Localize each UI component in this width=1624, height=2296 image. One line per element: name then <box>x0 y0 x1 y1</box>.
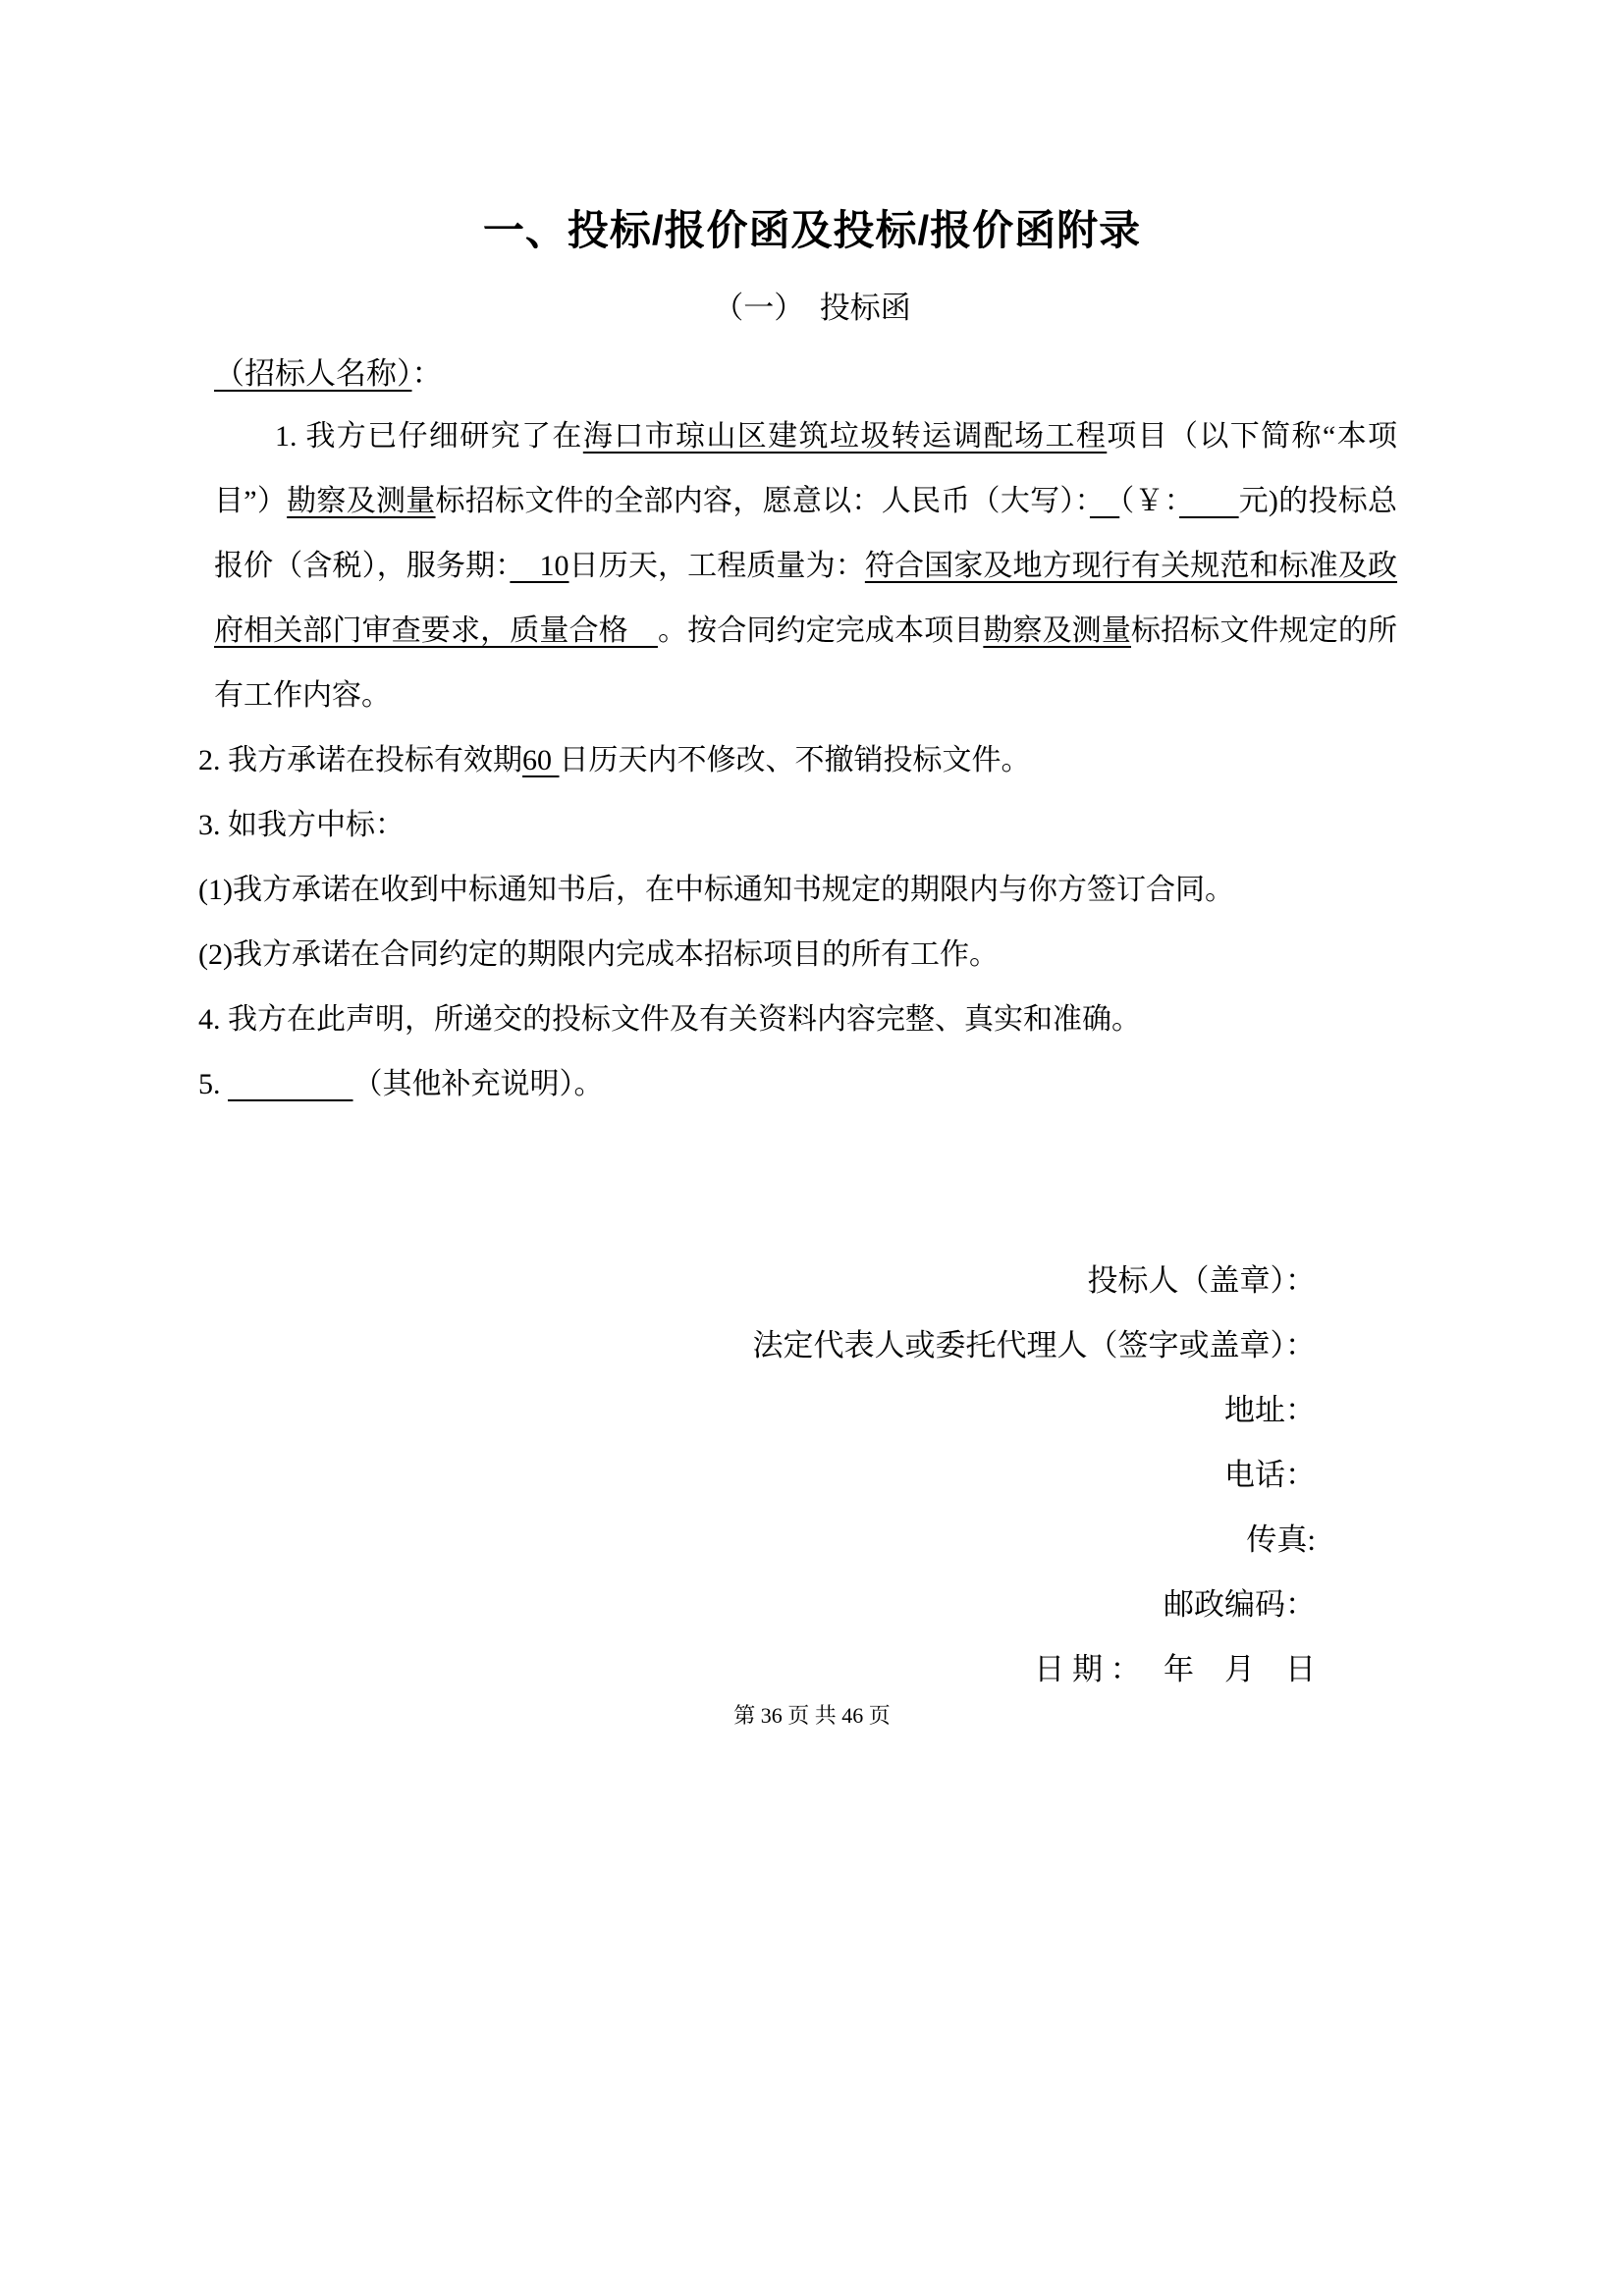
paragraph: (1)我方承诺在收到中标通知书后，在中标通知书规定的期限内与你方签订合同。 <box>214 858 1397 923</box>
fill-in-blank: 勘察及测量 <box>287 485 435 517</box>
fill-in-blank <box>1179 485 1239 517</box>
signature-line: 投标人（盖章）： <box>0 1249 1316 1313</box>
text-run: 2. 我方承诺在投标有效期 <box>198 744 522 776</box>
text-run: 日历天内不修改、不撤销投标文件。 <box>560 744 1031 776</box>
fill-in-blank: 勘察及测量 <box>983 614 1131 647</box>
paragraph: (2)我方承诺在合同约定的期限内完成本招标项目的所有工作。 <box>214 923 1397 988</box>
addressee-line: （招标人名称）： <box>214 353 1397 395</box>
paragraph: 5. （其他补充说明）。 <box>214 1052 1397 1117</box>
signature-line: 传真: <box>0 1508 1316 1573</box>
text-run: (2)我方承诺在合同约定的期限内完成本招标项目的所有工作。 <box>198 938 999 971</box>
text-run: 5. <box>198 1068 228 1100</box>
text-run: 1. 我方已仔细研究了在 <box>275 420 583 453</box>
text-run: 标招标文件的全部内容，愿意以：人民币（大写）： <box>436 485 1090 517</box>
text-run: 。按合同约定完成本项目 <box>658 614 983 647</box>
signature-line: 法定代表人或委托代理人（签字或盖章）： <box>0 1313 1316 1378</box>
text-run: （￥： <box>1119 485 1179 517</box>
text-run: 4. 我方在此声明，所递交的投标文件及有关资料内容完整、真实和准确。 <box>198 1003 1141 1036</box>
fill-in-blank <box>228 1068 353 1100</box>
addressee-blank: （招标人名称） <box>214 356 412 391</box>
page-title: 一、投标/报价函及投标/报价函附录 <box>0 0 1624 253</box>
document-page: 一、投标/报价函及投标/报价函附录 （一） 投标函 （招标人名称）： 1. 我方… <box>0 0 1624 2296</box>
signature-line: 电话： <box>0 1443 1316 1508</box>
addressee-colon: ： <box>412 356 443 391</box>
fill-in-blank <box>1090 485 1119 517</box>
paragraph: 3. 如我方中标： <box>214 793 1397 858</box>
text-run: (1)我方承诺在收到中标通知书后，在中标通知书规定的期限内与你方签订合同。 <box>198 874 1234 906</box>
fill-in-blank: 10 <box>510 550 568 582</box>
signature-line: 日 期 ： 年 月 日 <box>0 1637 1316 1702</box>
paragraph: 2. 我方承诺在投标有效期60 日历天内不修改、不撤销投标文件。 <box>214 728 1397 793</box>
body-paragraphs: 1. 我方已仔细研究了在海口市琼山区建筑垃圾转运调配场工程项目（以下简称“本项目… <box>214 404 1397 1117</box>
fill-in-blank: 海口市琼山区建筑垃圾转运调配场工程 <box>583 420 1107 453</box>
paragraph: 1. 我方已仔细研究了在海口市琼山区建筑垃圾转运调配场工程项目（以下简称“本项目… <box>214 404 1397 728</box>
text-run: 日历天，工程质量为： <box>569 550 865 582</box>
signature-block: 投标人（盖章）：法定代表人或委托代理人（签字或盖章）：地址：电话：传真:邮政编码… <box>0 1249 1316 1702</box>
fill-in-blank: 60 <box>522 744 560 776</box>
page-footer: 第 36 页 共 46 页 <box>0 1702 1624 1730</box>
signature-line: 地址： <box>0 1378 1316 1443</box>
paragraph: 4. 我方在此声明，所递交的投标文件及有关资料内容完整、真实和准确。 <box>214 988 1397 1052</box>
text-run: （其他补充说明）。 <box>353 1068 604 1100</box>
text-run: 3. 如我方中标： <box>198 809 405 841</box>
section-subtitle: （一） 投标函 <box>0 289 1624 328</box>
signature-line: 邮政编码： <box>0 1573 1316 1637</box>
